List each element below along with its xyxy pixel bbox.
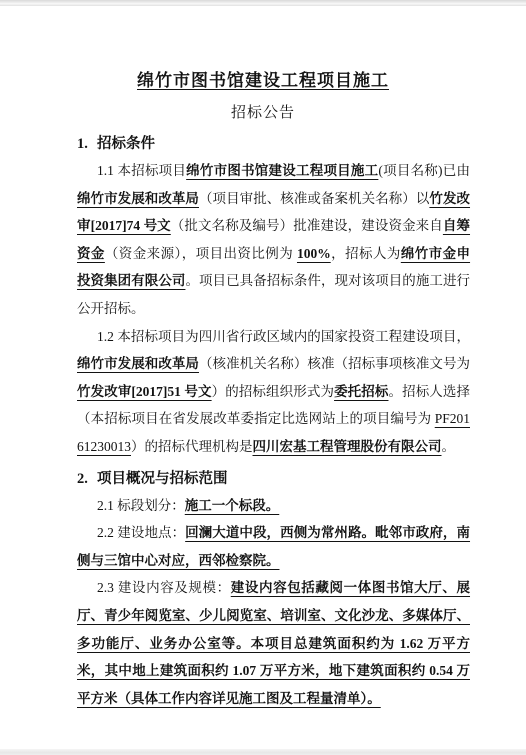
document-body: 1.招标条件1.1 本招标项目绵竹市图书馆建设工程项目施工(项目名称)已由绵竹市…: [77, 132, 470, 712]
text-run: （批文名称及编号）批准建设，建设资金来自: [171, 218, 443, 233]
section-title: 项目概况与招标范围: [97, 471, 228, 487]
text-run: 2.2 建设地点：: [97, 525, 185, 540]
section-number: 2.: [77, 467, 97, 492]
emphasis-run: 施工一个标段。: [185, 498, 280, 513]
text-run: 2.3 建设内容及规模：: [97, 580, 231, 595]
text-run: (项目名称)已由: [378, 163, 470, 178]
emphasis-run: 委托招标: [334, 384, 388, 399]
paragraph: 1.2 本招标项目为四川省行政区域内的国家投资工程建设项目，绵竹市发展和改革局（…: [77, 323, 470, 461]
emphasis-run: 四川宏基工程管理股份有限公司: [253, 439, 442, 454]
emphasis-run: 绵竹市发展和改革局: [77, 356, 199, 371]
paragraph: 2.3 建设内容及规模：建设内容包括藏阅一体图书馆大厅、展厅、青少年阅览室、少儿…: [77, 574, 470, 712]
document-page: 绵竹市图书馆建设工程项目施工 招标公告 1.招标条件1.1 本招标项目绵竹市图书…: [0, 6, 526, 749]
document-title: 绵竹市图书馆建设工程项目施工: [0, 68, 526, 94]
document-subtitle: 招标公告: [0, 100, 526, 126]
window-bottom-edge: [0, 749, 526, 755]
emphasis-run: 建设内容包括藏阅一体图书馆大厅、展厅、青少年阅览室、少儿阅览室、培训室、文化沙龙…: [77, 580, 470, 705]
section-title: 招标条件: [97, 136, 155, 152]
emphasis-run: 100%: [297, 246, 331, 261]
emphasis-run: 竹发改审[2017]51 号文: [77, 384, 212, 399]
paragraph: 2.1 标段划分：施工一个标段。: [77, 492, 470, 520]
emphasis-run: 绵竹市图书馆建设工程项目施工: [186, 163, 378, 178]
text-run: 1.1 本招标项目: [97, 163, 186, 178]
text-run: 2.1 标段划分：: [97, 498, 185, 513]
paragraph: 2.2 建设地点：回澜大道中段，西侧为常州路。毗邻市政府，南侧与三馆中心对应，西…: [77, 519, 470, 574]
text-run: （项目审批、核准或备案机关名称）以: [199, 191, 429, 206]
section-heading: 2.项目概况与招标范围: [77, 467, 470, 492]
text-run: ）的招标代理机构是: [131, 439, 253, 454]
text-run: 1.2 本招标项目为四川省行政区域内的国家投资工程建设项目，: [97, 329, 470, 344]
text-run: （核准机关名称）核准（招标事项核准文号为: [199, 356, 470, 371]
text-run: ，招标人为: [331, 246, 401, 261]
section-number: 1.: [77, 132, 97, 157]
text-run: ）的招标组织形式为: [212, 384, 334, 399]
text-run: （资金来源），项目出资比例为: [105, 246, 297, 261]
text-run: 。: [442, 439, 456, 454]
emphasis-run: 绵竹市发展和改革局: [77, 191, 199, 206]
paragraph: 1.1 本招标项目绵竹市图书馆建设工程项目施工(项目名称)已由绵竹市发展和改革局…: [77, 157, 470, 323]
section-heading: 1.招标条件: [77, 132, 470, 157]
